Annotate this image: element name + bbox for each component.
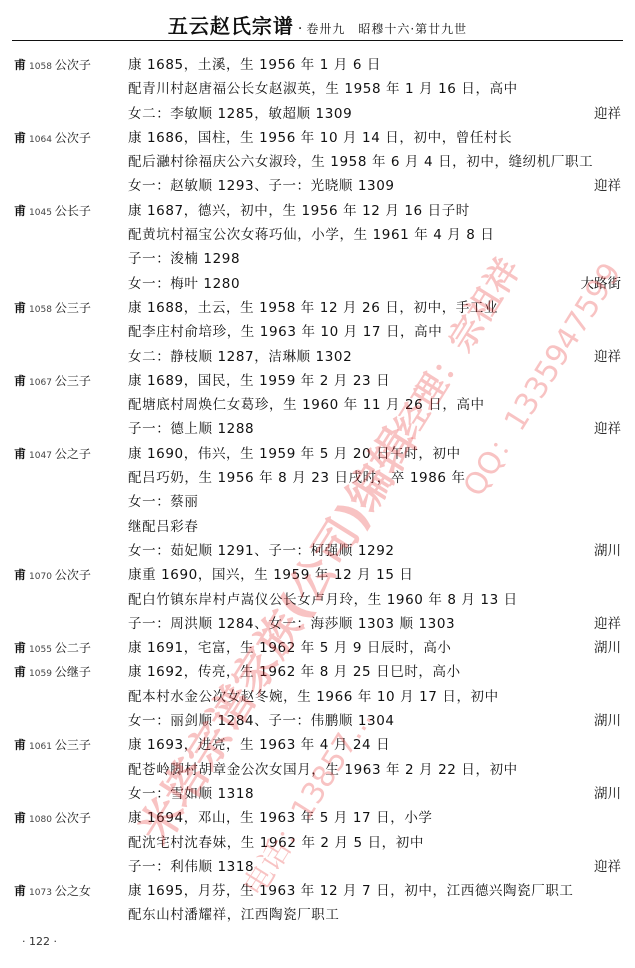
entry-continuation-row: 配青川村赵唐福公长女赵淑英，生 1958 年 1 月 16 日，高中 <box>0 78 635 102</box>
entry-text: 配东山村潘耀祥，江西陶瓷厂职工 <box>128 904 340 926</box>
ref-relation: 公继子 <box>55 665 91 679</box>
entry-text: 配本村水金公次女赵冬婉，生 1966 年 10 月 17 日，初中 <box>128 686 499 708</box>
entry-row: 甫1058公次子康 1685，土溪，生 1956 年 1 月 6 日 <box>0 54 635 78</box>
ref-prefix: 甫 <box>14 568 26 582</box>
entry-text: 康 1690，伟兴，生 1959 年 5 月 20 日午时，初中 <box>128 443 461 465</box>
header-rule <box>12 40 623 41</box>
entry-text: 子一：利伟顺 1318 <box>128 856 254 878</box>
ref-prefix: 甫 <box>14 374 26 388</box>
residence-place: 湖川 <box>594 540 621 562</box>
ref-number: 1064 <box>29 135 52 145</box>
residence-place: 迎祥 <box>594 103 621 125</box>
entry-text: 女一：赵敏顺 1293、子一：光晓顺 1309 <box>128 175 395 197</box>
residence-place: 迎祥 <box>594 175 621 197</box>
page-number: · 122 · <box>22 935 57 948</box>
ref-relation: 公次子 <box>55 131 91 145</box>
entry-text: 女一：丽剑顺 1284、子一：伟鹏顺 1304 <box>128 710 395 732</box>
entry-continuation-row: 子一：浚楠 1298 <box>0 248 635 272</box>
ref-relation: 公次子 <box>55 568 91 582</box>
residence-place: 大路街 <box>581 273 622 295</box>
ref-prefix: 甫 <box>14 204 26 218</box>
ref-prefix: 甫 <box>14 58 26 72</box>
ref-relation: 公二子 <box>55 641 91 655</box>
entry-text: 配沈宅村沈春妹，生 1962 年 2 月 5 日，初中 <box>128 832 424 854</box>
father-reference: 甫1064公次子 <box>14 127 91 151</box>
genealogy-entries: 甫1058公次子康 1685，土溪，生 1956 年 1 月 6 日配青川村赵唐… <box>0 54 635 929</box>
entry-continuation-row: 配塘底村周焕仁女葛珍，生 1960 年 11 月 26 日，高中 <box>0 394 635 418</box>
ref-number: 1058 <box>29 62 52 72</box>
entry-continuation-row: 女二：静枝顺 1287，洁琳顺 1302迎祥 <box>0 346 635 370</box>
entry-row: 甫1045公长子康 1687，德兴，初中，生 1956 年 12 月 16 日子… <box>0 200 635 224</box>
entry-text: 配塘底村周焕仁女葛珍，生 1960 年 11 月 26 日，高中 <box>128 394 485 416</box>
entry-row: 甫1059公继子康 1692，传亮，生 1962 年 8 月 25 日巳时，高小 <box>0 661 635 685</box>
entry-row: 甫1055公二子康 1691，宅富，生 1962 年 5 月 9 日辰时，高小湖… <box>0 637 635 661</box>
entry-text: 配青川村赵唐福公长女赵淑英，生 1958 年 1 月 16 日，高中 <box>128 78 518 100</box>
ref-number: 1070 <box>29 572 52 582</box>
ref-number: 1055 <box>29 645 52 655</box>
entry-row: 甫1080公次子康 1694，邓山，生 1963 年 5 月 17 日，小学 <box>0 807 635 831</box>
ref-relation: 公长子 <box>55 204 91 218</box>
father-reference: 甫1058公三子 <box>14 297 91 321</box>
residence-place: 迎祥 <box>594 346 621 368</box>
ref-prefix: 甫 <box>14 665 26 679</box>
entry-text: 女二：李敏顺 1285，敏超顺 1309 <box>128 103 352 125</box>
entry-continuation-row: 配东山村潘耀祥，江西陶瓷厂职工 <box>0 904 635 928</box>
entry-text: 康 1694，邓山，生 1963 年 5 月 17 日，小学 <box>128 807 433 829</box>
entry-text: 康 1686，国柱，生 1956 年 10 月 14 日，初中，曾任村长 <box>128 127 512 149</box>
entry-text: 配吕巧奶，生 1956 年 8 月 23 日戌时，卒 1986 年 <box>128 467 466 489</box>
residence-place: 湖川 <box>594 783 621 805</box>
entry-text: 配苍岭脚村胡章金公次女国月，生 1963 年 2 月 22 日，初中 <box>128 759 518 781</box>
father-reference: 甫1047公之子 <box>14 443 91 467</box>
entry-continuation-row: 子一：利伟顺 1318迎祥 <box>0 856 635 880</box>
ref-number: 1045 <box>29 208 52 218</box>
ref-prefix: 甫 <box>14 301 26 315</box>
entry-text: 配李庄村俞培珍，生 1963 年 10 月 17 日，高中 <box>128 321 442 343</box>
father-reference: 甫1059公继子 <box>14 661 91 685</box>
ref-prefix: 甫 <box>14 447 26 461</box>
ref-number: 1047 <box>29 451 52 461</box>
entry-text: 康 1685，土溪，生 1956 年 1 月 6 日 <box>128 54 381 76</box>
entry-continuation-row: 女一：梅叶 1280大路街 <box>0 273 635 297</box>
residence-place: 迎祥 <box>594 418 621 440</box>
entry-row: 甫1067公三子康 1689，国民，生 1959 年 2 月 23 日 <box>0 370 635 394</box>
father-reference: 甫1080公次子 <box>14 807 91 831</box>
ref-number: 1067 <box>29 378 52 388</box>
entry-continuation-row: 女一：雪如顺 1318湖川 <box>0 783 635 807</box>
book-title: 五云赵氏宗谱 <box>168 14 294 38</box>
entry-text: 康 1695，月芬，生 1963 年 12 月 7 日，初中，江西德兴陶瓷厂职工 <box>128 880 574 902</box>
entry-row: 甫1070公次子康重 1690，国兴，生 1959 年 12 月 15 日 <box>0 564 635 588</box>
father-reference: 甫1061公三子 <box>14 734 91 758</box>
entry-continuation-row: 女一：蔡丽 <box>0 491 635 515</box>
entry-continuation-row: 女一：丽剑顺 1284、子一：伟鹏顺 1304湖川 <box>0 710 635 734</box>
entry-continuation-row: 配李庄村俞培珍，生 1963 年 10 月 17 日，高中 <box>0 321 635 345</box>
ref-number: 1061 <box>29 742 52 752</box>
entry-row: 甫1061公三子康 1693，进亮，生 1963 年 4 月 24 日 <box>0 734 635 758</box>
ref-relation: 公次子 <box>55 58 91 72</box>
ref-number: 1080 <box>29 815 52 825</box>
entry-continuation-row: 子一：周洪顺 1284、女一：海莎顺 1303 顺 1303迎祥 <box>0 613 635 637</box>
ref-relation: 公三子 <box>55 374 91 388</box>
residence-place: 迎祥 <box>594 613 621 635</box>
ref-relation: 公之女 <box>55 884 91 898</box>
entry-text: 配后瀜村徐福庆公六女淑玲，生 1958 年 6 月 4 日，初中，缝纫机厂职工 <box>128 151 593 173</box>
entry-row: 甫1073公之女康 1695，月芬，生 1963 年 12 月 7 日，初中，江… <box>0 880 635 904</box>
ref-relation: 公之子 <box>55 447 91 461</box>
entry-row: 甫1058公三子康 1688，土云，生 1958 年 12 月 26 日，初中，… <box>0 297 635 321</box>
entry-text: 子一：德上顺 1288 <box>128 418 254 440</box>
entry-text: 子一：周洪顺 1284、女一：海莎顺 1303 顺 1303 <box>128 613 455 635</box>
residence-place: 湖川 <box>594 710 621 732</box>
entry-continuation-row: 配吕巧奶，生 1956 年 8 月 23 日戌时，卒 1986 年 <box>0 467 635 491</box>
father-reference: 甫1070公次子 <box>14 564 91 588</box>
page-header: 五云赵氏宗谱·卷卅九 昭穆十六·第廿九世 <box>0 10 635 38</box>
title-separator: · <box>298 21 302 37</box>
entry-continuation-row: 配沈宅村沈春妹，生 1962 年 2 月 5 日，初中 <box>0 832 635 856</box>
entry-text: 康 1693，进亮，生 1963 年 4 月 24 日 <box>128 734 390 756</box>
ref-relation: 公次子 <box>55 811 91 825</box>
entry-continuation-row: 配后瀜村徐福庆公六女淑玲，生 1958 年 6 月 4 日，初中，缝纫机厂职工 <box>0 151 635 175</box>
entry-text: 康 1687，德兴，初中，生 1956 年 12 月 16 日子时 <box>128 200 470 222</box>
entry-continuation-row: 配黄坑村福宝公次女蒋巧仙，小学，生 1961 年 4 月 8 日 <box>0 224 635 248</box>
ref-number: 1073 <box>29 888 52 898</box>
entry-text: 康 1688，土云，生 1958 年 12 月 26 日，初中，手工业 <box>128 297 498 319</box>
entry-continuation-row: 配白竹镇东岸村卢嵩仪公长女卢月玲，生 1960 年 8 月 13 日 <box>0 589 635 613</box>
volume-subtitle: 卷卅九 昭穆十六·第廿九世 <box>306 22 467 36</box>
father-reference: 甫1058公次子 <box>14 54 91 78</box>
entry-text: 女一：雪如顺 1318 <box>128 783 254 805</box>
father-reference: 甫1067公三子 <box>14 370 91 394</box>
entry-row: 甫1047公之子康 1690，伟兴，生 1959 年 5 月 20 日午时，初中 <box>0 443 635 467</box>
ref-prefix: 甫 <box>14 641 26 655</box>
ref-number: 1058 <box>29 305 52 315</box>
ref-prefix: 甫 <box>14 131 26 145</box>
entry-text: 康 1692，传亮，生 1962 年 8 月 25 日巳时，高小 <box>128 661 461 683</box>
ref-relation: 公三子 <box>55 738 91 752</box>
father-reference: 甫1045公长子 <box>14 200 91 224</box>
entry-text: 继配吕彩春 <box>128 516 199 538</box>
entry-continuation-row: 子一：德上顺 1288迎祥 <box>0 418 635 442</box>
entry-text: 康 1691，宅富，生 1962 年 5 月 9 日辰时，高小 <box>128 637 452 659</box>
entry-text: 女二：静枝顺 1287，洁琳顺 1302 <box>128 346 352 368</box>
entry-continuation-row: 女一：赵敏顺 1293、子一：光晓顺 1309迎祥 <box>0 175 635 199</box>
entry-continuation-row: 女二：李敏顺 1285，敏超顺 1309迎祥 <box>0 103 635 127</box>
ref-number: 1059 <box>29 669 52 679</box>
ref-prefix: 甫 <box>14 738 26 752</box>
entry-text: 子一：浚楠 1298 <box>128 248 240 270</box>
ref-prefix: 甫 <box>14 811 26 825</box>
residence-place: 湖川 <box>594 637 621 659</box>
entry-continuation-row: 配苍岭脚村胡章金公次女国月，生 1963 年 2 月 22 日，初中 <box>0 759 635 783</box>
entry-continuation-row: 配本村水金公次女赵冬婉，生 1966 年 10 月 17 日，初中 <box>0 686 635 710</box>
ref-relation: 公三子 <box>55 301 91 315</box>
entry-text: 康 1689，国民，生 1959 年 2 月 23 日 <box>128 370 390 392</box>
residence-place: 迎祥 <box>594 856 621 878</box>
entry-text: 配白竹镇东岸村卢嵩仪公长女卢月玲，生 1960 年 8 月 13 日 <box>128 589 518 611</box>
father-reference: 甫1073公之女 <box>14 880 91 904</box>
entry-continuation-row: 女一：茹妃顺 1291、子一：柯强顺 1292湖川 <box>0 540 635 564</box>
entry-row: 甫1064公次子康 1686，国柱，生 1956 年 10 月 14 日，初中，… <box>0 127 635 151</box>
entry-text: 女一：蔡丽 <box>128 491 199 513</box>
entry-text: 康重 1690，国兴，生 1959 年 12 月 15 日 <box>128 564 414 586</box>
entry-continuation-row: 继配吕彩春 <box>0 516 635 540</box>
father-reference: 甫1055公二子 <box>14 637 91 661</box>
entry-text: 女一：茹妃顺 1291、子一：柯强顺 1292 <box>128 540 395 562</box>
entry-text: 女一：梅叶 1280 <box>128 273 240 295</box>
ref-prefix: 甫 <box>14 884 26 898</box>
entry-text: 配黄坑村福宝公次女蒋巧仙，小学，生 1961 年 4 月 8 日 <box>128 224 494 246</box>
